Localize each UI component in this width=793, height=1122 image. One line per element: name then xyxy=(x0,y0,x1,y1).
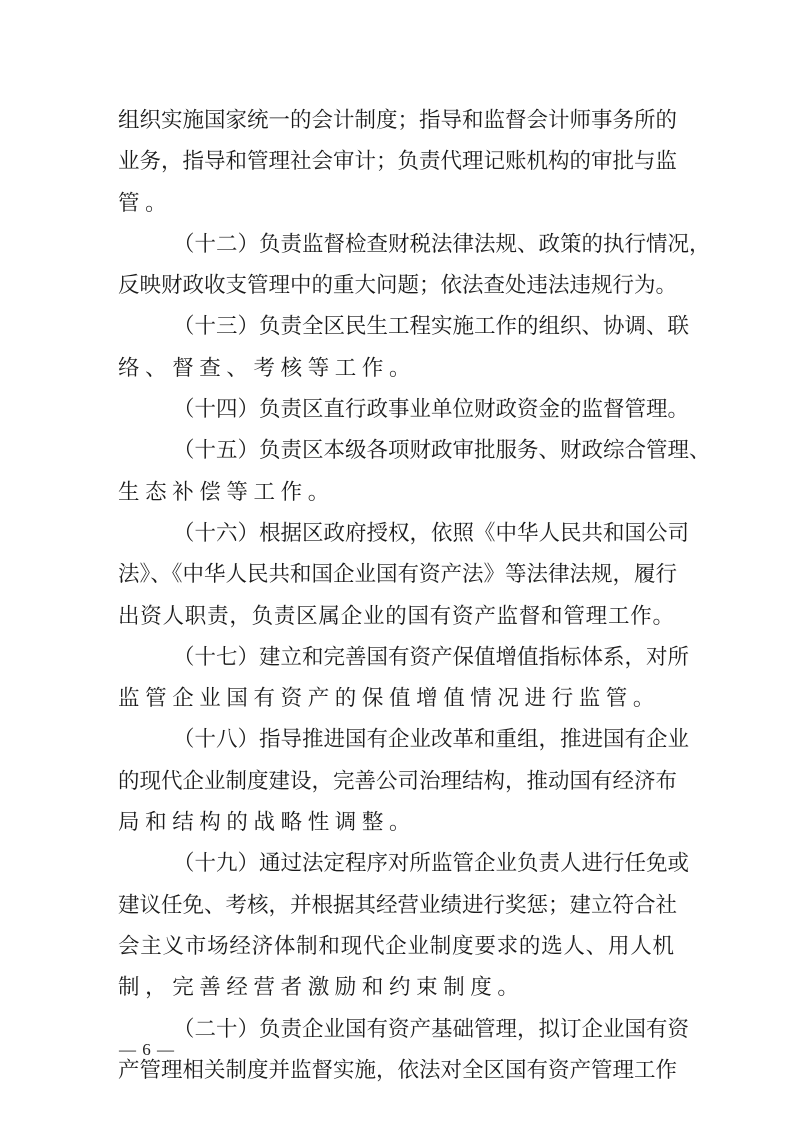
text-line: （十二）负责监督检查财税法律法规、政策的执行情况， xyxy=(118,224,674,265)
text-line: （十九）通过法定程序对所监管企业负责人进行任免或 xyxy=(118,843,674,884)
text-line: 络、督查、考核等工作。 xyxy=(118,348,674,389)
document-body: 组织实施国家统一的会计制度；指导和监督会计师事务所的业务，指导和管理社会审计；负… xyxy=(118,100,674,1091)
text-line: 出资人职责，负责区属企业的国有资产监督和管理工作。 xyxy=(118,596,674,637)
text-line: 会主义市场经济体制和现代企业制度要求的选人、用人机 xyxy=(118,926,674,967)
text-line: 的现代企业制度建设，完善公司治理结构，推动国有经济布 xyxy=(118,761,674,802)
text-line: （十七）建立和完善国有资产保值增值指标体系，对所 xyxy=(118,637,674,678)
text-line: 局和结构的战略性调整。 xyxy=(118,802,674,843)
page-number: — 6 — xyxy=(119,1040,175,1060)
text-line: （十五）负责区本级各项财政审批服务、财政综合管理、 xyxy=(118,430,674,471)
text-line: 法》、《中华人民共和国企业国有资产法》等法律法规，履行 xyxy=(118,554,674,595)
text-line: 管。 xyxy=(118,183,674,224)
text-line: （十四）负责区直行政事业单位财政资金的监督管理。 xyxy=(118,389,674,430)
text-line: （二十）负责企业国有资产基础管理，拟订企业国有资 xyxy=(118,1009,674,1050)
text-line: 监管企业国有资产的保值增值情况进行监管。 xyxy=(118,678,674,719)
text-line: 建议任免、考核，并根据其经营业绩进行奖惩；建立符合社 xyxy=(118,885,674,926)
text-line: （十八）指导推进国有企业改革和重组，推进国有企业 xyxy=(118,719,674,760)
text-line: 生态补偿等工作。 xyxy=(118,472,674,513)
text-line: 业务，指导和管理社会审计；负责代理记账机构的审批与监 xyxy=(118,141,674,182)
text-line: 制，完善经营者激励和约束制度。 xyxy=(118,967,674,1008)
text-line: （十六）根据区政府授权，依照《中华人民共和国公司 xyxy=(118,513,674,554)
text-line: 产管理相关制度并监督实施，依法对全区国有资产管理工作 xyxy=(118,1050,674,1091)
text-line: （十三）负责全区民生工程实施工作的组织、协调、联 xyxy=(118,306,674,347)
document-page: 组织实施国家统一的会计制度；指导和监督会计师事务所的业务，指导和管理社会审计；负… xyxy=(0,0,793,1122)
text-line: 反映财政收支管理中的重大问题；依法查处违法违规行为。 xyxy=(118,265,674,306)
text-line: 组织实施国家统一的会计制度；指导和监督会计师事务所的 xyxy=(118,100,674,141)
